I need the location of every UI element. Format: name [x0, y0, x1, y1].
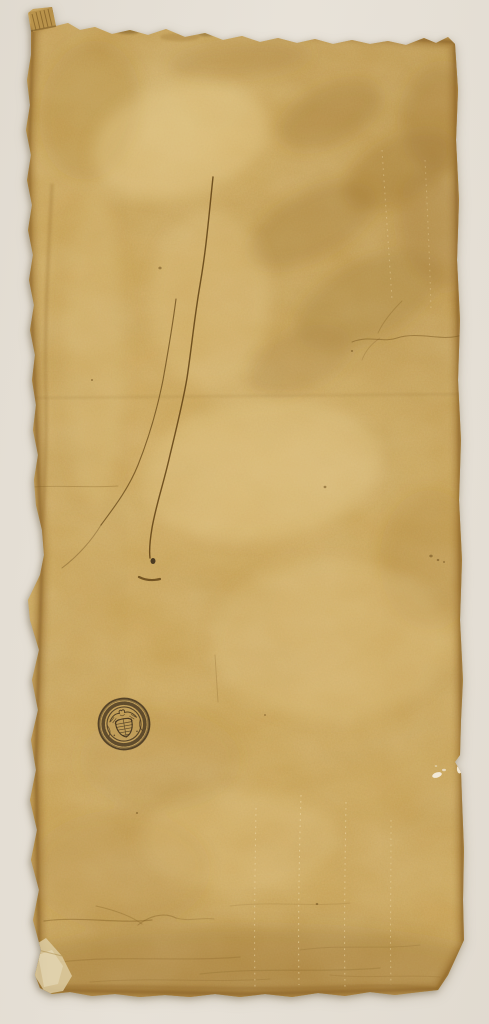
paper-detail-overlay — [0, 0, 489, 1024]
photograph-backdrop — [0, 0, 489, 1024]
aged-paper-leaf — [0, 0, 489, 1024]
paper-cast-shadow — [0, 0, 489, 1024]
